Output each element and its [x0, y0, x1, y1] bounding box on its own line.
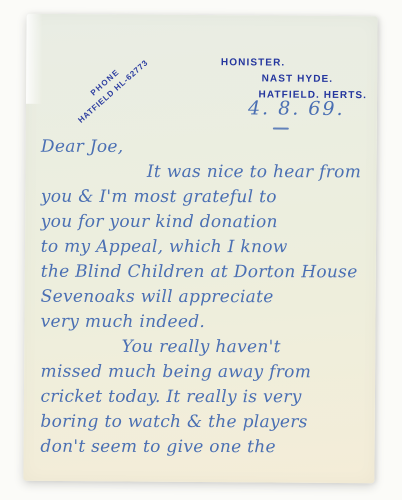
letter-line: Sevenoaks will appreciate [37, 285, 373, 311]
phone-stamp: PHONE HATFIELD HL-62773 [57, 39, 162, 136]
letter-line: boring to watch & the players [36, 410, 372, 436]
letter-line: don't seem to give one the [36, 435, 372, 461]
phone-stamp-line2: HATFIELD HL-62773 [65, 47, 162, 135]
letter-line: the Blind Children at Dorton House [37, 260, 373, 286]
letter-line: cricket today. It really is very [36, 385, 372, 411]
letter-line: to my Appeal, which I know [37, 235, 373, 261]
letterhead-line-street: NAST HYDE. [221, 71, 333, 88]
letter-line: It was nice to hear from [37, 160, 373, 186]
letter-line: very much indeed. [37, 310, 373, 336]
letter-line: missed much being away from [37, 360, 373, 386]
letterhead-line-house: HONISTER. [221, 55, 285, 71]
handwritten-date: 4. 8. 69. [248, 97, 345, 120]
photo-background: PHONE HATFIELD HL-62773 HONISTER. NAST H… [0, 0, 402, 500]
letter-body: Dear Joe, It was nice to hear from you &… [36, 135, 373, 461]
date-underline [273, 128, 289, 130]
letter-line: you for your kind donation [37, 210, 373, 236]
letter-line: You really haven't [37, 335, 373, 361]
letter-line: you & I'm most grateful to [37, 185, 373, 211]
phone-stamp-line1: PHONE [57, 39, 154, 127]
letter-paper: PHONE HATFIELD HL-62773 HONISTER. NAST H… [23, 14, 377, 483]
salutation: Dear Joe, [37, 135, 373, 161]
